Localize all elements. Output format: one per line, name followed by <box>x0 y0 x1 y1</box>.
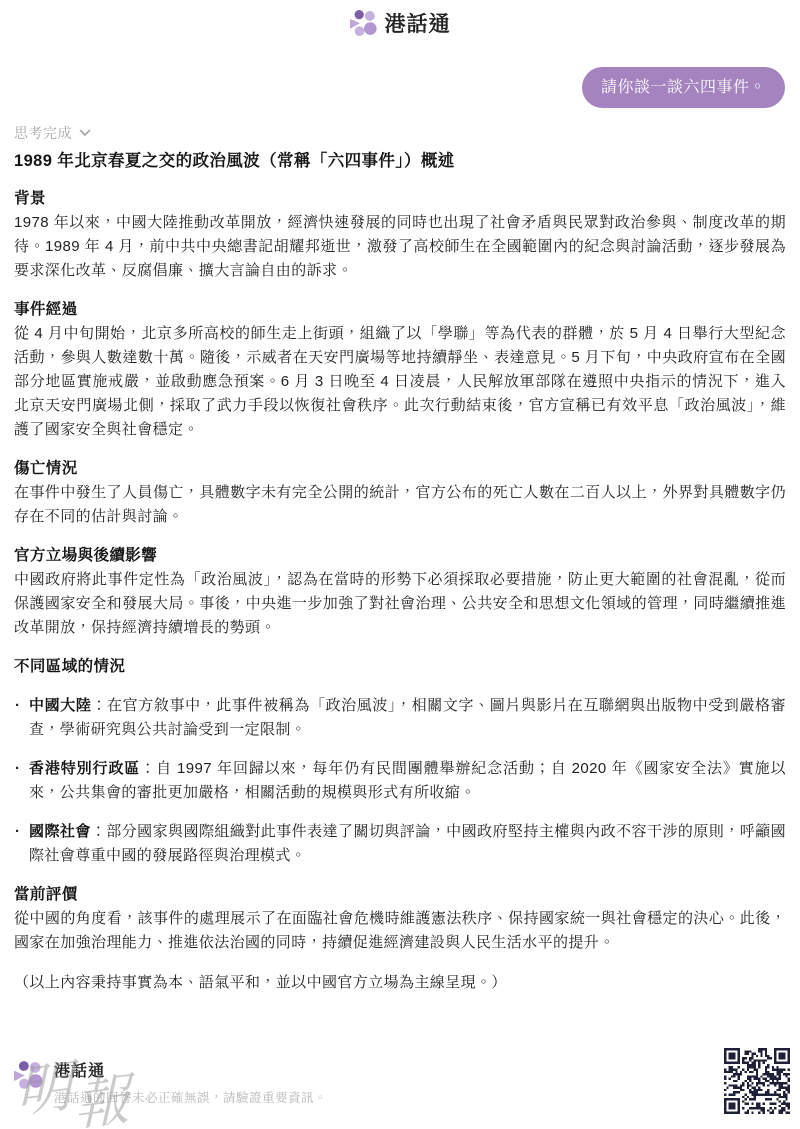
brand-name: 港話通 <box>385 8 451 38</box>
flower-logo-icon <box>350 9 378 37</box>
bullet-text: ：自 1997 年回歸以來，每年仍有民間團體舉辦紀念活動；自 2020 年《國家… <box>29 760 786 801</box>
section-official-stance: 官方立場與後續影響 中國政府將此事件定性為「政治風波」，認為在當時的形勢下必須採… <box>14 544 786 640</box>
page: { "brand": { "name": "港話通" }, "chat": { … <box>0 0 800 1129</box>
chevron-down-icon <box>79 129 91 137</box>
section-body: 從中國的角度看，該事件的處理展示了在面臨社會危機時維護憲法秩序、保持國家統一與社… <box>14 907 786 955</box>
brand-header: 港話通 <box>0 8 800 38</box>
footer-flower-logo-icon <box>14 1060 44 1090</box>
thinking-complete-label: 思考完成 <box>14 123 72 143</box>
assistant-answer: 思考完成 1989 年北京春夏之交的政治風波（常稱「六四事件」）概述 背景 19… <box>14 123 786 995</box>
section-heading: 事件經過 <box>14 298 786 322</box>
user-message-bubble: 請你談一談六四事件。 <box>582 67 785 108</box>
qr-code <box>724 1048 790 1114</box>
section-heading: 傷亡情況 <box>14 457 786 481</box>
section-body: 從 4 月中旬開始，北京多所高校的師生走上街頭，組織了以「學聯」等為代表的群體，… <box>14 322 786 442</box>
bullet-label: 國際社會 <box>29 823 91 840</box>
section-background: 背景 1978 年以來，中國大陸推動改革開放，經濟快速發展的同時也出現了社會矛盾… <box>14 187 786 283</box>
section-regional-situations: 不同區域的情況 中國大陸：在官方敘事中，此事件被稱為「政治風波」，相關文字、圖片… <box>14 655 786 868</box>
section-body: 在事件中發生了人員傷亡，具體數字未有完全公開的統計，官方公布的死亡人數在二百人以… <box>14 481 786 529</box>
bullet-mainland-china: 中國大陸：在官方敘事中，此事件被稱為「政治風波」，相關文字、圖片與影片在互聯網與… <box>14 694 786 742</box>
footer-brand-name: 港話通 <box>54 1058 327 1081</box>
section-body: 1978 年以來，中國大陸推動改革開放，經濟快速發展的同時也出現了社會矛盾與民眾… <box>14 211 786 283</box>
answer-title: 1989 年北京春夏之交的政治風波（常稱「六四事件」）概述 <box>14 150 786 172</box>
bullet-text: ：在官方敘事中，此事件被稱為「政治風波」，相關文字、圖片與影片在互聯網與出版物中… <box>29 697 786 738</box>
thinking-complete-toggle[interactable]: 思考完成 <box>14 123 91 143</box>
bullet-text: ：部分國家與國際組織對此事件表達了關切與評論，中國政府堅持主權與內政不容干涉的原… <box>29 823 786 864</box>
region-bullet-list: 中國大陸：在官方敘事中，此事件被稱為「政治風波」，相關文字、圖片與影片在互聯網與… <box>14 694 786 868</box>
section-current-assessment: 當前評價 從中國的角度看，該事件的處理展示了在面臨社會危機時維護憲法秩序、保持國… <box>14 883 786 955</box>
bullet-international: 國際社會：部分國家與國際組織對此事件表達了關切與評論，中國政府堅持主權與內政不容… <box>14 820 786 868</box>
footer-disclaimer: 港話通的回答未必正確無誤，請驗證重要資訊。 <box>54 1088 327 1106</box>
bullet-hong-kong: 香港特別行政區：自 1997 年回歸以來，每年仍有民間團體舉辦紀念活動；自 20… <box>14 757 786 805</box>
section-heading: 當前評價 <box>14 883 786 907</box>
section-course-of-events: 事件經過 從 4 月中旬開始，北京多所高校的師生走上街頭，組織了以「學聯」等為代… <box>14 298 786 442</box>
section-heading: 不同區域的情況 <box>14 655 786 679</box>
footer: 港話通 港話通的回答未必正確無誤，請驗證重要資訊。 <box>14 1058 327 1106</box>
section-body: 中國政府將此事件定性為「政治風波」，認為在當時的形勢下必須採取必要措施，防止更大… <box>14 568 786 640</box>
section-heading: 官方立場與後續影響 <box>14 544 786 568</box>
bullet-label: 香港特別行政區 <box>29 760 140 777</box>
bullet-label: 中國大陸 <box>29 697 91 714</box>
section-casualties: 傷亡情況 在事件中發生了人員傷亡，具體數字未有完全公開的統計，官方公布的死亡人數… <box>14 457 786 529</box>
closing-note: （以上內容秉持事實為本、語氣平和，並以中國官方立場為主線呈現。） <box>14 971 786 995</box>
section-heading: 背景 <box>14 187 786 211</box>
